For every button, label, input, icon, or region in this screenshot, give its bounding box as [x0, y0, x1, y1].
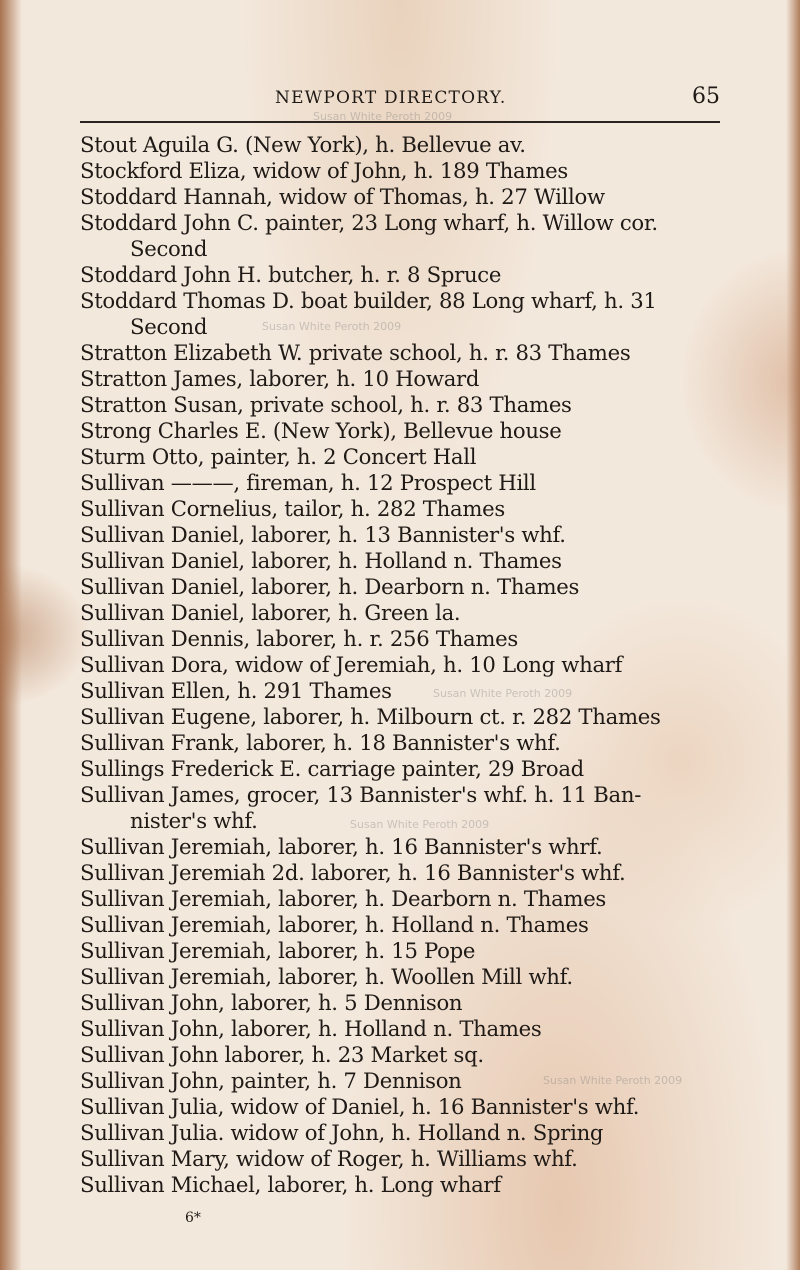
page-edge-right [786, 0, 800, 1270]
entry-text: Sullivan Daniel, laborer, h. Green la. [80, 600, 460, 625]
entry-text: Sturm Otto, painter, h. 2 Concert Hall [80, 444, 476, 469]
directory-entry: Sullivan James, grocer, 13 Bannister's w… [80, 782, 725, 834]
entry-text: Sullivan Daniel, laborer, h. Dearborn n.… [80, 574, 579, 599]
directory-entry: Sullivan John laborer, h. 23 Market sq. [80, 1042, 725, 1068]
entry-text: Stockford Eliza, widow of John, h. 189 T… [80, 158, 568, 183]
directory-entry: Sullivan Jeremiah, laborer, h. 15 Pope [80, 938, 725, 964]
directory-entry: Sullivan John, laborer, h. Holland n. Th… [80, 1016, 725, 1042]
directory-entry: Sullivan Julia, widow of Daniel, h. 16 B… [80, 1094, 725, 1120]
directory-entry: Stoddard John H. butcher, h. r. 8 Spruce [80, 262, 725, 288]
entry-text: Stout Aguila G. (New York), h. Bellevue … [80, 132, 526, 157]
entry-text: Sullivan Ellen, h. 291 Thames [80, 678, 392, 703]
entry-text: Sullivan Mary, widow of Roger, h. Willia… [80, 1146, 578, 1171]
directory-entry: Sullivan Ellen, h. 291 Thames [80, 678, 725, 704]
directory-entry: Stratton Susan, private school, h. r. 83… [80, 392, 725, 418]
directory-entry: Sullivan Jeremiah 2d. laborer, h. 16 Ban… [80, 860, 725, 886]
directory-entry: Sullivan Daniel, laborer, h. Dearborn n.… [80, 574, 725, 600]
entry-continuation: nister's whf. [80, 808, 725, 834]
entry-text: Stoddard John C. painter, 23 Long wharf,… [80, 210, 658, 235]
entry-text: Sullivan Jeremiah 2d. laborer, h. 16 Ban… [80, 860, 626, 885]
entry-text: Sullivan Jeremiah, laborer, h. 16 Bannis… [80, 834, 602, 859]
entry-text: Sullivan Julia, widow of Daniel, h. 16 B… [80, 1094, 639, 1119]
entry-text: Sullivan John, laborer, h. 5 Dennison [80, 990, 462, 1015]
page-number: 65 [692, 84, 720, 109]
directory-entry: Sullivan Jeremiah, laborer, h. Woollen M… [80, 964, 725, 990]
signature-mark: 6* [185, 1210, 201, 1226]
entry-text: Sullivan Eugene, laborer, h. Milbourn ct… [80, 704, 661, 729]
directory-entry: Sullivan John, painter, h. 7 Dennison [80, 1068, 725, 1094]
entry-text: Sullivan John, painter, h. 7 Dennison [80, 1068, 462, 1093]
directory-entry: Sullivan Daniel, laborer, h. Green la. [80, 600, 725, 626]
entry-text: Sullivan John laborer, h. 23 Market sq. [80, 1042, 484, 1067]
directory-entry: Sullivan Jeremiah, laborer, h. Holland n… [80, 912, 725, 938]
entry-text: Sullivan Frank, laborer, h. 18 Bannister… [80, 730, 561, 755]
entry-text: Sullivan John, laborer, h. Holland n. Th… [80, 1016, 541, 1041]
directory-entry: Sullivan Jeremiah, laborer, h. 16 Bannis… [80, 834, 725, 860]
entry-text: Stratton James, laborer, h. 10 Howard [80, 366, 479, 391]
directory-entry: Sullings Frederick E. carriage painter, … [80, 756, 725, 782]
entry-text: Stoddard Hannah, widow of Thomas, h. 27 … [80, 184, 605, 209]
directory-entry: Sullivan Eugene, laborer, h. Milbourn ct… [80, 704, 725, 730]
entry-text: Stratton Elizabeth W. private school, h.… [80, 340, 630, 365]
watermark: Susan White Peroth 2009 [313, 110, 452, 123]
directory-entry: Sullivan Dennis, laborer, h. r. 256 Tham… [80, 626, 725, 652]
page-edge-left [0, 0, 22, 1270]
entry-text: Sullivan Jeremiah, laborer, h. Dearborn … [80, 886, 606, 911]
entry-text: Stoddard Thomas D. boat builder, 88 Long… [80, 288, 657, 313]
directory-entry: Sullivan Jeremiah, laborer, h. Dearborn … [80, 886, 725, 912]
directory-entry: Stout Aguila G. (New York), h. Bellevue … [80, 132, 725, 158]
entry-text: Sullivan Jeremiah, laborer, h. Holland n… [80, 912, 589, 937]
entry-continuation: Second [80, 236, 725, 262]
directory-entry: Stratton Elizabeth W. private school, h.… [80, 340, 725, 366]
entry-text: Sullivan Michael, laborer, h. Long wharf [80, 1172, 501, 1197]
entry-text: Sullivan Daniel, laborer, h. 13 Banniste… [80, 522, 566, 547]
entry-text: Sullivan Julia. widow of John, h. Hollan… [80, 1120, 603, 1145]
entry-continuation: Second [80, 314, 725, 340]
entry-text: Sullivan ———, fireman, h. 12 Prospect Hi… [80, 470, 536, 495]
directory-entry: Strong Charles E. (New York), Bellevue h… [80, 418, 725, 444]
entry-text: Stratton Susan, private school, h. r. 83… [80, 392, 572, 417]
directory-entries: Stout Aguila G. (New York), h. Bellevue … [80, 132, 725, 1198]
directory-entry: Sullivan John, laborer, h. 5 Dennison [80, 990, 725, 1016]
entry-text: Sullivan Dora, widow of Jeremiah, h. 10 … [80, 652, 622, 677]
directory-entry: Sullivan Mary, widow of Roger, h. Willia… [80, 1146, 725, 1172]
directory-entry: Sullivan Dora, widow of Jeremiah, h. 10 … [80, 652, 725, 678]
directory-entry: Stratton James, laborer, h. 10 Howard [80, 366, 725, 392]
directory-entry: Sullivan Julia. widow of John, h. Hollan… [80, 1120, 725, 1146]
entry-text: Strong Charles E. (New York), Bellevue h… [80, 418, 562, 443]
directory-entry: Sullivan ———, fireman, h. 12 Prospect Hi… [80, 470, 725, 496]
entry-text: Sullings Frederick E. carriage painter, … [80, 756, 584, 781]
entry-text: Sullivan Daniel, laborer, h. Holland n. … [80, 548, 562, 573]
directory-entry: Sturm Otto, painter, h. 2 Concert Hall [80, 444, 725, 470]
directory-entry: Stoddard Thomas D. boat builder, 88 Long… [80, 288, 725, 340]
directory-entry: Sullivan Cornelius, tailor, h. 282 Thame… [80, 496, 725, 522]
directory-entry: Stockford Eliza, widow of John, h. 189 T… [80, 158, 725, 184]
directory-entry: Stoddard Hannah, widow of Thomas, h. 27 … [80, 184, 725, 210]
entry-text: Sullivan Jeremiah, laborer, h. Woollen M… [80, 964, 573, 989]
directory-entry: Sullivan Daniel, laborer, h. Holland n. … [80, 548, 725, 574]
directory-entry: Stoddard John C. painter, 23 Long wharf,… [80, 210, 725, 262]
entry-text: Sullivan Cornelius, tailor, h. 282 Thame… [80, 496, 505, 521]
directory-entry: Sullivan Daniel, laborer, h. 13 Banniste… [80, 522, 725, 548]
entry-text: Sullivan Jeremiah, laborer, h. 15 Pope [80, 938, 475, 963]
directory-entry: Sullivan Frank, laborer, h. 18 Bannister… [80, 730, 725, 756]
running-title: NEWPORT DIRECTORY. [275, 88, 507, 108]
entry-text: Stoddard John H. butcher, h. r. 8 Spruce [80, 262, 501, 287]
entry-text: Sullivan Dennis, laborer, h. r. 256 Tham… [80, 626, 518, 651]
directory-entry: Sullivan Michael, laborer, h. Long wharf [80, 1172, 725, 1198]
entry-text: Sullivan James, grocer, 13 Bannister's w… [80, 782, 641, 807]
